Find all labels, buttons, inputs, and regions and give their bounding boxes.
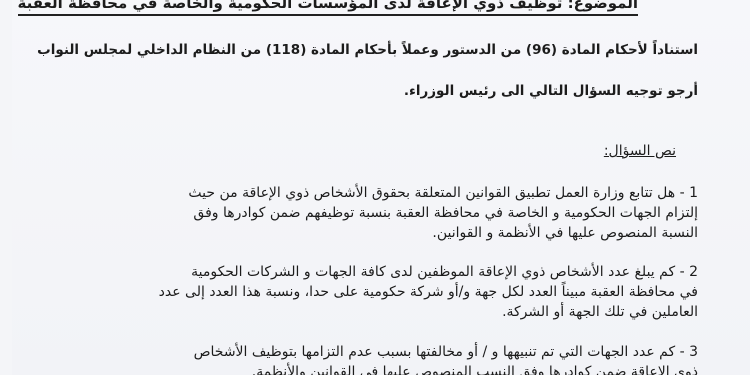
question-1-line-3: النسبة المنصوص عليها في الأنظمة و القوان… [432, 223, 698, 243]
question-heading: نص السؤال: [604, 143, 676, 159]
document-page: الموضوع: توظيف ذوي الإعاقة لدى المؤسسات … [12, 0, 750, 375]
question-1-line-1: 1 - هل تتابع وزارة العمل تطبيق القوانين … [188, 183, 698, 203]
question-2-line-3: العاملين في تلك الجهة أو الشركة. [502, 302, 698, 322]
question-3-line-2: ذوي الإعاقة ضمن كوادرها وفق النسب المنصو… [252, 362, 698, 375]
question-1-line-2: إلتزام الجهات الحكومية و الخاصة في محافظ… [193, 203, 698, 223]
question-2-line-2: في محافظة العقبة مبيناً العدد لكل جهة و/… [159, 282, 698, 302]
question-3-line-1: 3 - كم عدد الجهات التي تم تنبيهها و / أو… [194, 342, 698, 362]
preamble-line-2: أرجو توجيه السؤال التالي الى رئيس الوزرا… [404, 83, 698, 99]
question-2-line-1: 2 - كم يبلغ عدد الأشخاص ذوي الإعاقة المو… [191, 262, 698, 282]
preamble-line-1: استناداً لأحكام المادة (96) من الدستور و… [37, 42, 698, 58]
subject-line: الموضوع: توظيف ذوي الإعاقة لدى المؤسسات … [18, 0, 639, 16]
